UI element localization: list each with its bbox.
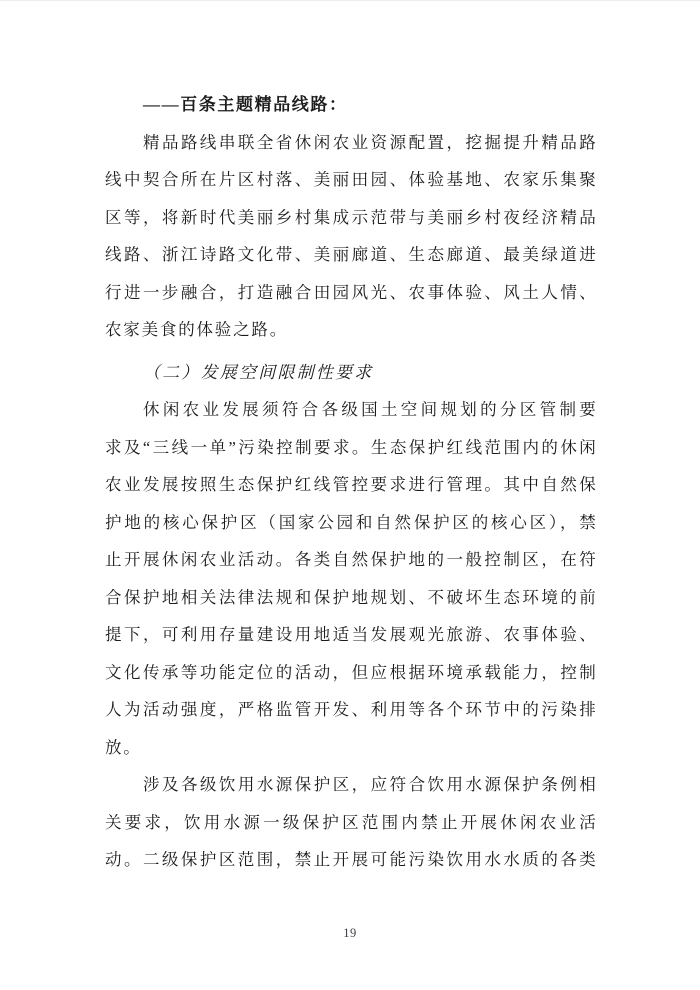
text-line: 止开展休闲农业活动。各类自然保护地的一般控制区，在符 [105,541,597,579]
text-line: （二）发展空间限制性要求 [105,354,597,392]
text-line: 求及“三线一单”污染控制要求。生态保护红线范围内的休闲 [105,429,597,467]
document-body: ——百条主题精品线路：精品路线串联全省休闲农业资源配置，挖掘提升精品路线中契合所… [105,86,597,879]
text-line: 农家美食的体验之路。 [105,311,597,349]
text-line: 动。二级保护区范围，禁止开展可能污染饮用水水质的各类 [105,841,597,879]
text-line: ——百条主题精品线路： [105,86,597,124]
page-number: 19 [0,926,700,941]
text-line: 合保护地相关法律法规和保护地规划、不破坏生态环境的前 [105,579,597,617]
text-line: 提下，可利用存量建设用地适当发展观光旅游、农事体验、 [105,616,597,654]
text-line: 线中契合所在片区村落、美丽田园、体验基地、农家乐集聚 [105,161,597,199]
text-line: 农业发展按照生态保护红线管控要求进行管理。其中自然保 [105,466,597,504]
text-line: 关要求，饮用水源一级保护区范围内禁止开展休闲农业活 [105,804,597,842]
text-line: 文化传承等功能定位的活动，但应根据环境承载能力，控制 [105,654,597,692]
text-line: 行进一步融合，打造融合田园风光、农事体验、风土人情、 [105,274,597,312]
document-page: ——百条主题精品线路：精品路线串联全省休闲农业资源配置，挖掘提升精品路线中契合所… [0,0,700,990]
text-line: 精品路线串联全省休闲农业资源配置，挖掘提升精品路 [105,124,597,162]
text-line: 人为活动强度，严格监管开发、利用等各个环节中的污染排 [105,691,597,729]
text-line: 护地的核心保护区（国家公园和自然保护区的核心区），禁 [105,504,597,542]
text-line: 涉及各级饮用水源保护区，应符合饮用水源保护条例相 [105,766,597,804]
text-line: 休闲农业发展须符合各级国土空间规划的分区管制要 [105,391,597,429]
text-line: 放。 [105,729,597,767]
text-line: 线路、浙江诗路文化带、美丽廊道、生态廊道、最美绿道进 [105,236,597,274]
text-line: 区等，将新时代美丽乡村集成示范带与美丽乡村夜经济精品 [105,199,597,237]
